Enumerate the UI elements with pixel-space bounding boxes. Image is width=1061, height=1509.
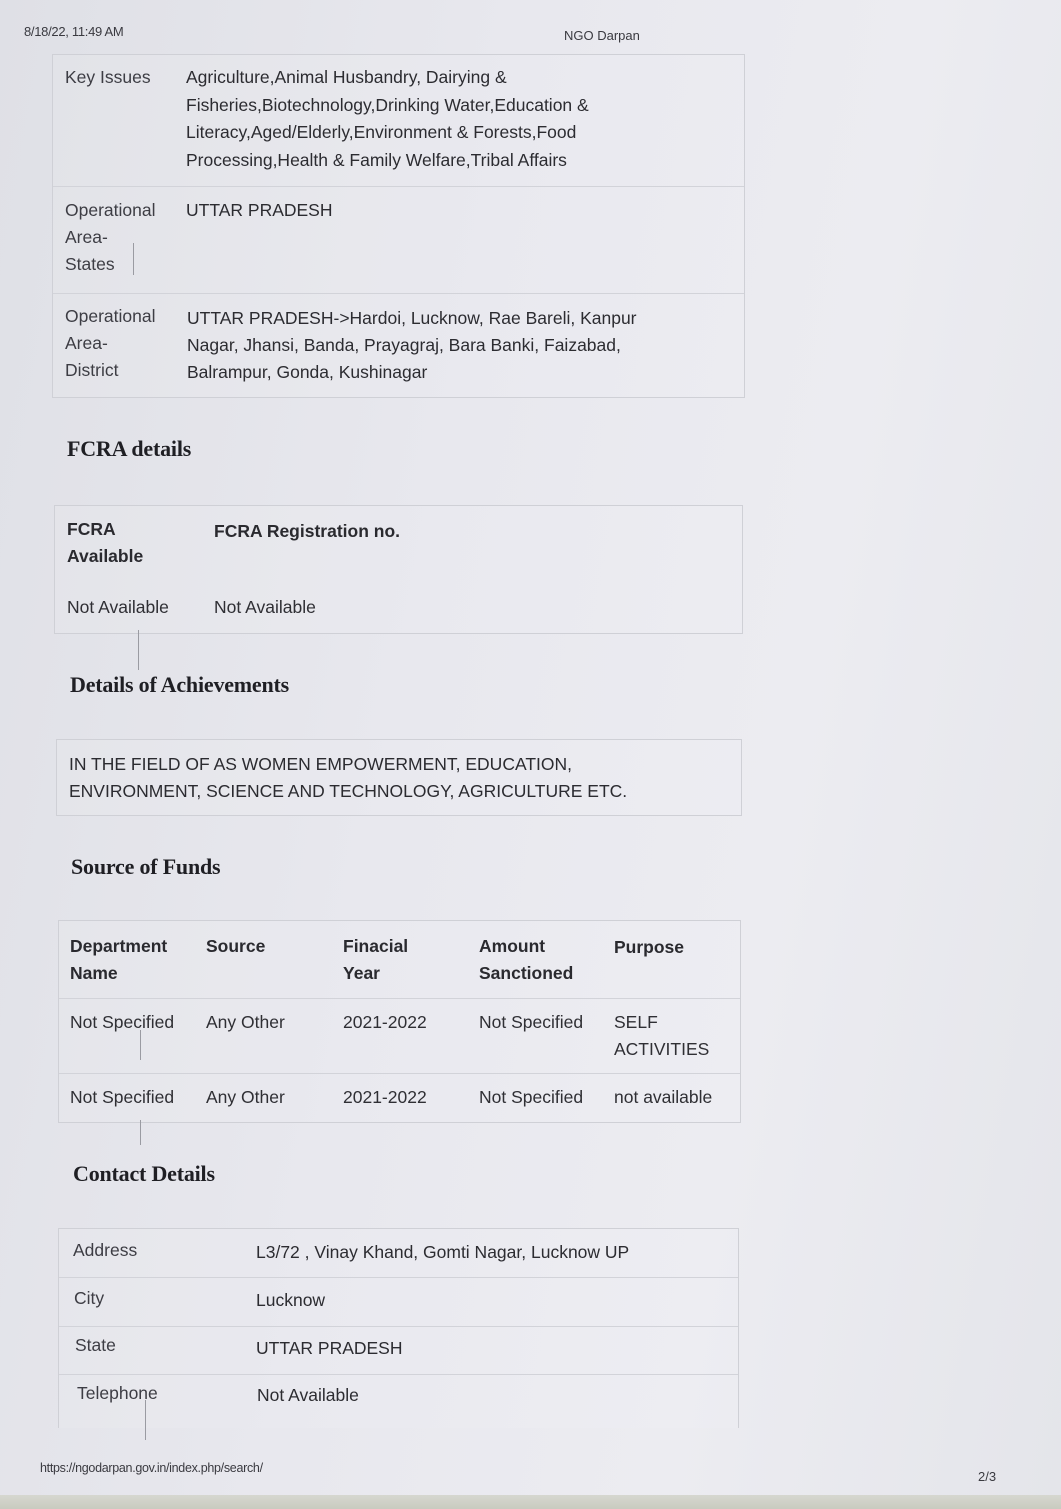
state-label: State — [75, 1332, 116, 1359]
row-divider — [59, 1277, 738, 1278]
column-header-financial-year: Finacial Year — [343, 933, 408, 987]
scan-artifact-line — [133, 243, 134, 275]
address-label: Address — [73, 1237, 137, 1264]
fcra-registration-no-value: Not Available — [214, 594, 316, 621]
fcra-details-heading: FCRA details — [67, 436, 191, 462]
print-footer-url: https://ngodarpan.gov.in/index.php/searc… — [40, 1461, 263, 1475]
fcra-available-value: Not Available — [67, 594, 169, 621]
operational-area-district-label: Operational Area- District — [65, 303, 155, 384]
key-issues-value: Agriculture,Animal Husbandry, Dairying &… — [186, 64, 589, 175]
operational-area-states-value: UTTAR PRADESH — [186, 197, 333, 224]
achievements-heading: Details of Achievements — [70, 672, 289, 698]
operational-area-states-row: Operational Area- States UTTAR PRADESH — [53, 186, 744, 293]
row1-department-name: Not Specified — [70, 1009, 174, 1036]
print-date-time: 8/18/22, 11:49 AM — [24, 24, 123, 39]
operational-area-states-label: Operational Area- States — [65, 197, 155, 278]
row1-source: Any Other — [206, 1009, 285, 1036]
column-header-purpose: Purpose — [614, 934, 684, 961]
fcra-available-header: FCRA Available — [67, 516, 143, 570]
row2-department-name: Not Specified — [70, 1084, 174, 1111]
column-header-amount-sanctioned: Amount Sanctioned — [479, 933, 573, 987]
source-of-funds-table: Department Name Source Finacial Year Amo… — [58, 920, 741, 1123]
fcra-registration-no-header: FCRA Registration no. — [214, 518, 400, 545]
city-label: City — [74, 1285, 104, 1312]
fcra-details-table: FCRA Available FCRA Registration no. Not… — [54, 505, 743, 634]
row2-amount-sanctioned: Not Specified — [479, 1084, 583, 1111]
scan-artifact-line — [138, 630, 139, 670]
row-divider — [59, 998, 740, 999]
row1-financial-year: 2021-2022 — [343, 1009, 427, 1036]
row2-financial-year: 2021-2022 — [343, 1084, 427, 1111]
row-divider — [59, 1374, 738, 1375]
source-of-funds-heading: Source of Funds — [71, 854, 220, 880]
row2-source: Any Other — [206, 1084, 285, 1111]
key-issues-label: Key Issues — [65, 64, 185, 91]
row1-amount-sanctioned: Not Specified — [479, 1009, 583, 1036]
telephone-value: Not Available — [257, 1382, 359, 1409]
organization-details-table: Key Issues Agriculture,Animal Husbandry,… — [52, 54, 745, 398]
contact-details-heading: Contact Details — [73, 1161, 215, 1187]
page-indicator: 2/3 — [978, 1469, 996, 1484]
row-divider — [59, 1073, 740, 1074]
scan-artifact-line — [140, 1120, 141, 1145]
scan-artifact-line — [140, 1030, 141, 1060]
column-header-source: Source — [206, 933, 265, 960]
scan-artifact-line — [145, 1400, 146, 1440]
operational-area-district-value: UTTAR PRADESH->Hardoi, Lucknow, Rae Bare… — [187, 305, 637, 386]
row2-purpose: not available — [614, 1084, 712, 1111]
contact-details-table: Address L3/72 , Vinay Khand, Gomti Nagar… — [58, 1228, 739, 1428]
operational-area-district-row: Operational Area- District UTTAR PRADESH… — [53, 293, 744, 397]
state-value: UTTAR PRADESH — [256, 1335, 403, 1362]
address-value: L3/72 , Vinay Khand, Gomti Nagar, Luckno… — [256, 1239, 629, 1266]
key-issues-row: Key Issues Agriculture,Animal Husbandry,… — [53, 64, 744, 184]
column-header-department-name: Department Name — [70, 933, 167, 987]
city-value: Lucknow — [256, 1287, 325, 1314]
row1-purpose: SELF ACTIVITIES — [614, 1009, 709, 1063]
achievements-text: IN THE FIELD OF AS WOMEN EMPOWERMENT, ED… — [69, 751, 701, 805]
row-divider — [59, 1326, 738, 1327]
paper-edge — [0, 1495, 1061, 1509]
achievements-box: IN THE FIELD OF AS WOMEN EMPOWERMENT, ED… — [56, 739, 742, 816]
print-site-title: NGO Darpan — [564, 28, 640, 43]
